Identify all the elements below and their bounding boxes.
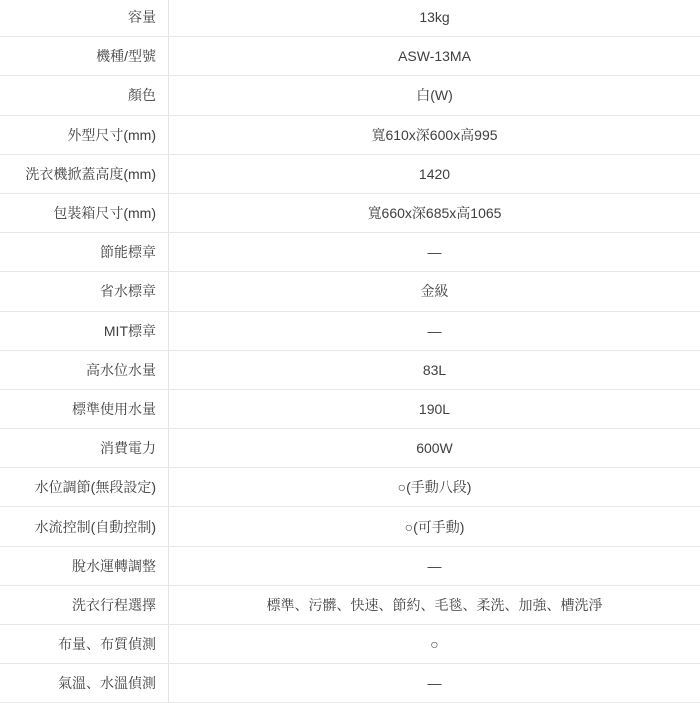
- table-row: 高水位水量83L: [0, 351, 700, 390]
- table-row: 脫水運轉調整—: [0, 547, 700, 586]
- spec-label: 顏色: [0, 76, 169, 114]
- spec-table: 容量13kg機種/型號ASW-13MA顏色白(W)外型尺寸(mm)寬610x深6…: [0, 0, 700, 700]
- spec-value: —: [169, 664, 700, 700]
- spec-value: 13kg: [169, 0, 700, 36]
- table-row: MIT標章—: [0, 312, 700, 351]
- table-row: 洗衣機掀蓋高度(mm)1420: [0, 155, 700, 194]
- spec-value: 寬610x深600x高995: [169, 116, 700, 154]
- table-row: 氣溫、水溫偵測—: [0, 664, 700, 700]
- spec-value: 寬660x深685x高1065: [169, 194, 700, 232]
- spec-label: 標準使用水量: [0, 390, 169, 428]
- table-row: 標準使用水量190L: [0, 390, 700, 429]
- spec-label: 洗衣機掀蓋高度(mm): [0, 155, 169, 193]
- spec-value: ○(手動八段): [169, 468, 700, 506]
- spec-label: MIT標章: [0, 312, 169, 350]
- spec-value: 白(W): [169, 76, 700, 114]
- spec-label: 脫水運轉調整: [0, 547, 169, 585]
- table-row: 節能標章—: [0, 233, 700, 272]
- spec-label: 機種/型號: [0, 37, 169, 75]
- spec-value: ○: [169, 625, 700, 663]
- spec-label: 高水位水量: [0, 351, 169, 389]
- spec-value: —: [169, 547, 700, 585]
- table-row: 機種/型號ASW-13MA: [0, 37, 700, 76]
- spec-value: ASW-13MA: [169, 37, 700, 75]
- spec-value: 600W: [169, 429, 700, 467]
- spec-label: 省水標章: [0, 272, 169, 310]
- table-row: 水流控制(自動控制)○(可手動): [0, 507, 700, 546]
- table-row: 容量13kg: [0, 0, 700, 37]
- spec-value: —: [169, 312, 700, 350]
- spec-value: 金級: [169, 272, 700, 310]
- spec-value: 標準、污髒、快速、節約、毛毯、柔洗、加強、槽洗淨: [169, 586, 700, 624]
- spec-value: ○(可手動): [169, 507, 700, 545]
- spec-label: 氣溫、水溫偵測: [0, 664, 169, 700]
- spec-label: 洗衣行程選擇: [0, 586, 169, 624]
- spec-label: 包裝箱尺寸(mm): [0, 194, 169, 232]
- table-row: 省水標章金級: [0, 272, 700, 311]
- spec-value: 190L: [169, 390, 700, 428]
- spec-label: 節能標章: [0, 233, 169, 271]
- table-row: 顏色白(W): [0, 76, 700, 115]
- table-row: 外型尺寸(mm)寬610x深600x高995: [0, 116, 700, 155]
- table-row: 水位調節(無段設定)○(手動八段): [0, 468, 700, 507]
- table-row: 消費電力600W: [0, 429, 700, 468]
- spec-label: 外型尺寸(mm): [0, 116, 169, 154]
- spec-value: 1420: [169, 155, 700, 193]
- spec-value: —: [169, 233, 700, 271]
- table-row: 布量、布質偵測○: [0, 625, 700, 664]
- table-row: 洗衣行程選擇標準、污髒、快速、節約、毛毯、柔洗、加強、槽洗淨: [0, 586, 700, 625]
- spec-value: 83L: [169, 351, 700, 389]
- spec-label: 布量、布質偵測: [0, 625, 169, 663]
- spec-label: 容量: [0, 0, 169, 36]
- spec-label: 水流控制(自動控制): [0, 507, 169, 545]
- spec-label: 水位調節(無段設定): [0, 468, 169, 506]
- spec-label: 消費電力: [0, 429, 169, 467]
- table-row: 包裝箱尺寸(mm)寬660x深685x高1065: [0, 194, 700, 233]
